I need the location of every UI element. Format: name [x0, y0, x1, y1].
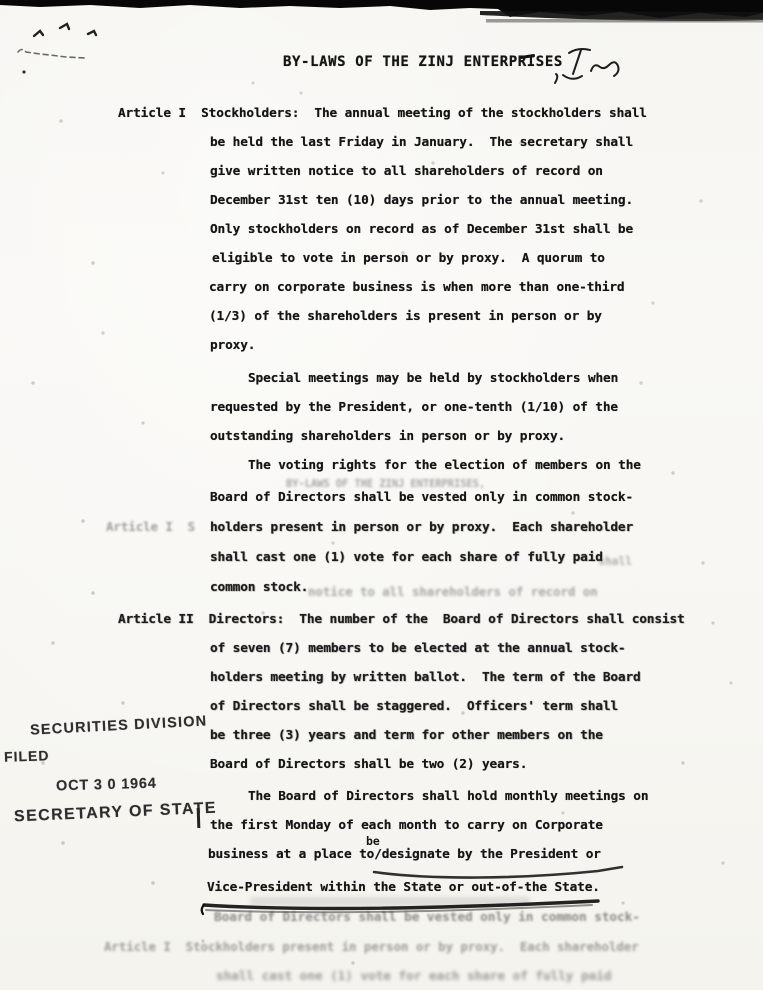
document-line: carry on corporate business is when more…	[209, 282, 625, 295]
page-title: BY-LAWS OF THE ZINJ ENTERPRISES	[283, 55, 563, 69]
document-line: outstanding shareholders in person or by…	[210, 431, 565, 444]
ink-marks-top-left	[12, 14, 152, 84]
document-line: give written notice to all shareholders …	[210, 166, 603, 179]
document-line: common stock.	[210, 582, 308, 595]
document-line: holders meeting by written ballot. The t…	[210, 672, 641, 685]
document-line: requested by the President, or one-tenth…	[210, 402, 618, 415]
document-line: the first Monday of each month to carry …	[210, 820, 603, 833]
document-line: holders present in person or by proxy. E…	[210, 522, 633, 535]
ghost-line: Article I S	[106, 521, 195, 534]
document-line: proxy.	[210, 340, 255, 353]
stamp-securities-division: SECURITIES DIVISION	[30, 713, 208, 738]
document-line: eligible to vote in person or by proxy. …	[212, 253, 605, 266]
document-line: of seven (7) members to be elected at th…	[210, 643, 626, 656]
document-line: Only stockholders on record as of Decemb…	[210, 224, 633, 237]
document-line: December 31st ten (10) days prior to the…	[210, 195, 633, 208]
ghost-line: Article I Stockholders present in person…	[104, 941, 639, 954]
document-line: business at a place to/designate by the …	[208, 849, 601, 862]
ghost-line: notice to all shareholders of record on	[308, 586, 598, 599]
stamp-secretary-of-state: SECRETARY OF STATE	[14, 800, 218, 827]
document-line: The Board of Directors shall hold monthl…	[248, 791, 648, 804]
filing-stamp: SECURITIES DIVISION FILED OCT 3 0 1964 S…	[0, 712, 220, 837]
stamp-filed: FILED	[4, 747, 50, 765]
hand-underline-state	[196, 893, 611, 919]
document-line: shall cast one (1) vote for each share o…	[210, 552, 603, 565]
stamp-date: OCT 3 0 1964	[56, 776, 157, 795]
document-line: Special meetings may be held by stockhol…	[248, 373, 618, 386]
ghost-line: shall cast one (1) vote for each share o…	[216, 971, 611, 984]
ghost-line: BY-LAWS OF THE ZINJ ENTERPRISES,	[286, 479, 485, 490]
document-line: Board of Directors shall be two (2) year…	[210, 759, 527, 772]
scan-noise-speckle	[0, 0, 2, 2]
document-page: BY-LAWS OF THE ZINJ ENTERPRISES Article …	[0, 0, 763, 990]
ghost-line: shall	[598, 556, 632, 568]
document-line: of Directors shall be staggered. Officer…	[210, 701, 618, 714]
stamp-edge-mark	[197, 808, 201, 828]
document-line: be held the last Friday in January. The …	[210, 137, 633, 150]
inserted-word-be: be	[366, 836, 380, 848]
document-line: be three (3) years and term for other me…	[210, 730, 603, 743]
document-line: Article II Directors: The number of the …	[118, 614, 685, 627]
handwritten-inc-annotation	[549, 44, 627, 92]
document-line: Article I Stockholders: The annual meeti…	[118, 108, 647, 121]
document-line: The voting rights for the election of me…	[248, 460, 641, 473]
document-line: (1/3) of the shareholders is present in …	[209, 311, 602, 324]
document-line: Board of Directors shall be vested only …	[210, 492, 633, 505]
hand-underline-president	[370, 864, 630, 884]
